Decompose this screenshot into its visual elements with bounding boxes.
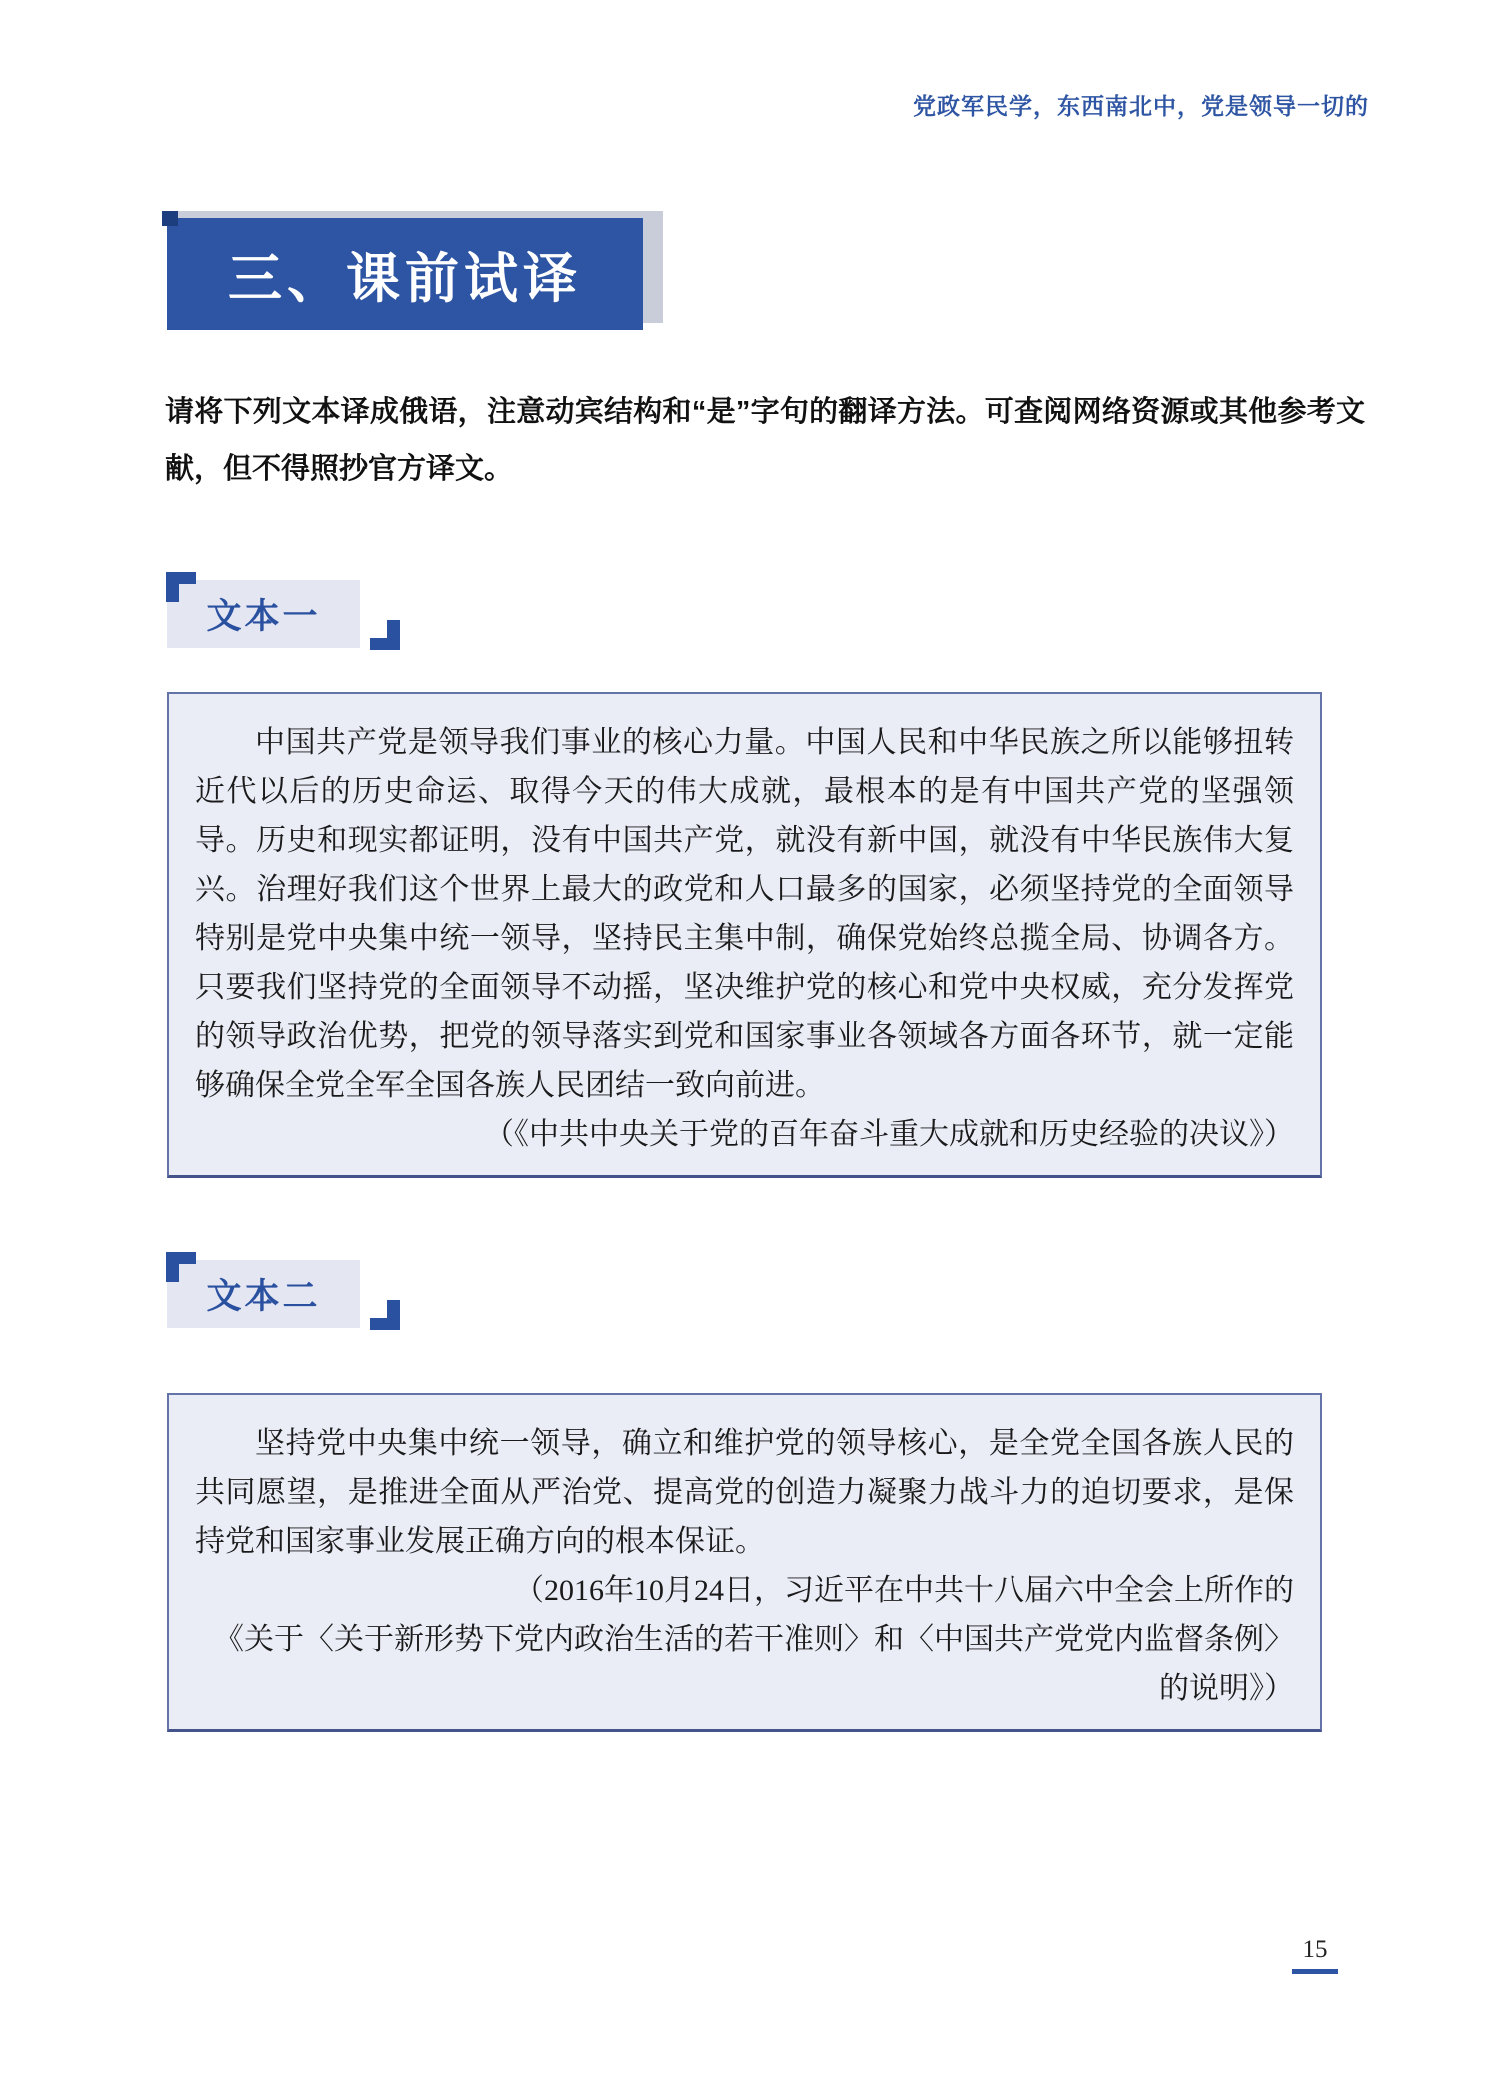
page-number-underline bbox=[1292, 1969, 1338, 1974]
text-two-label: 文本二 bbox=[167, 1260, 360, 1328]
textbook-page: 党政军民学，东西南北中，党是领导一切的 三、课前试译 请将下列文本译成俄语，注意… bbox=[0, 0, 1491, 2087]
page-number: 15 bbox=[1291, 1936, 1339, 1974]
text-two-citation-line-1: （2016年10月24日，习近平在中共十八届六中全会上所作的 bbox=[195, 1566, 1294, 1615]
text-one-citation: （《中共中央关于党的百年奋斗重大成就和历史经验的决议》） bbox=[195, 1110, 1294, 1159]
text-two-box: 坚持党中央集中统一领导，确立和维护党的领导核心，是全党全国各族人民的共同愿望，是… bbox=[167, 1393, 1322, 1732]
text-two-body: 坚持党中央集中统一领导，确立和维护党的领导核心，是全党全国各族人民的共同愿望，是… bbox=[195, 1419, 1294, 1566]
instruction-paragraph: 请将下列文本译成俄语，注意动宾结构和“是”字句的翻译方法。可查阅网络资源或其他参… bbox=[165, 384, 1365, 498]
text-one-body: 中国共产党是领导我们事业的核心力量。中国人民和中华民族之所以能够扭转近代以后的历… bbox=[195, 718, 1294, 1110]
text-one-box: 中国共产党是领导我们事业的核心力量。中国人民和中华民族之所以能够扭转近代以后的历… bbox=[167, 692, 1322, 1178]
banner-background: 三、课前试译 bbox=[167, 218, 643, 330]
text-two-label-text: 文本二 bbox=[206, 1269, 320, 1319]
page-number-value: 15 bbox=[1291, 1936, 1339, 1964]
banner-corner-square bbox=[162, 211, 178, 226]
text-one-label: 文本一 bbox=[167, 580, 360, 648]
text-one-label-text: 文本一 bbox=[206, 589, 320, 639]
section-title: 三、课前试译 bbox=[228, 236, 582, 313]
section-banner: 三、课前试译 bbox=[167, 218, 643, 330]
running-head-slogan: 党政军民学，东西南北中，党是领导一切的 bbox=[913, 88, 1369, 121]
text-two-citation-line-2: 《关于〈关于新形势下党内政治生活的若干准则〉和〈中国共产党党内监督条例〉的说明》… bbox=[195, 1615, 1294, 1713]
